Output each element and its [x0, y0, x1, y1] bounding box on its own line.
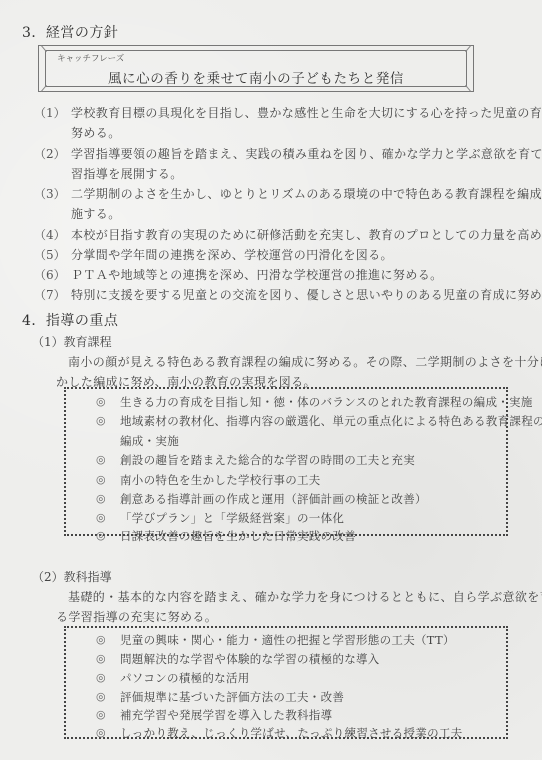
- curriculum-bullet: 編成・実施: [120, 433, 179, 449]
- policy-text: 学校教育目標の具現化を目指し、豊かな感性と生命を大切にする心を持った児童の育成に: [71, 104, 542, 121]
- policy-text: 本校が目指す教育の実現のために研修活動を充実し、教育のプロとしての力量を高める。: [71, 226, 542, 243]
- double-circle-icon: ◎: [96, 395, 106, 408]
- subject-guidance-bullet: パソコンの積極的な活用: [120, 670, 250, 686]
- curriculum-bullet: 「学びプラン」と「学級経営案」の一体化: [120, 510, 344, 526]
- double-circle-icon: ◎: [96, 492, 106, 505]
- double-circle-icon: ◎: [96, 690, 106, 703]
- curriculum-bullet: 創意ある指導計画の作成と運用（評価計画の検証と改善）: [120, 491, 427, 507]
- catchphrase-text: 風に心の香りを乗せて南小の子どもたちと発信: [39, 67, 473, 87]
- policy-number: （7）: [34, 286, 66, 303]
- bevel-corner: [465, 45, 471, 52]
- double-circle-icon: ◎: [96, 708, 106, 721]
- subject-guidance-intro: る学習指導の充実に努める。: [56, 608, 217, 625]
- policy-text: 二学期制のよさを生かし、ゆとりとリズムのある環境の中で特色ある教育課程を編成し実: [71, 185, 542, 202]
- policy-number: （3）: [34, 185, 66, 202]
- double-circle-icon: ◎: [96, 414, 106, 427]
- policy-text: 習指導を展開する。: [71, 165, 183, 182]
- subject-guidance-bullet: 児童の興味・関心・能力・適性の把握と学習形態の工夫（TT）: [120, 632, 455, 648]
- curriculum-bullet: 地域素材の教材化、指導内容の厳選化、単元の重点化による特色ある教育課程の: [120, 413, 542, 429]
- policy-text: 学習指導要領の趣旨を踏まえ、実践の積み重ねを図り、確かな学力と学ぶ意欲を育てる学: [71, 145, 542, 162]
- policy-text: 努める。: [71, 124, 121, 141]
- bevel-corner: [41, 45, 47, 52]
- double-circle-icon: ◎: [96, 671, 106, 684]
- subject-guidance-bullet: 評価規準に基づいた評価方法の工夫・改善: [120, 689, 344, 705]
- policy-text: 特別に支援を要する児童との交流を図り、優しさと思いやりのある児童の育成に努める。: [71, 286, 542, 303]
- double-circle-icon: ◎: [96, 652, 106, 665]
- policy-text: 施する。: [71, 205, 121, 222]
- policy-number: （4）: [34, 226, 66, 243]
- subsection-subject-guidance-title: （2）教科指導: [32, 568, 112, 585]
- double-circle-icon: ◎: [96, 633, 106, 646]
- policy-text: 分掌間や学年間の連携を深め、学校運営の円滑化を図る。: [71, 246, 393, 263]
- double-circle-icon: ◎: [96, 473, 106, 486]
- double-circle-icon: ◎: [96, 453, 106, 466]
- double-circle-icon: ◎: [96, 529, 106, 542]
- policy-number: （1）: [34, 104, 66, 121]
- subject-guidance-bullet: しっかり教え、じっくり学ばせ、たっぷり練習させる授業の工夫: [120, 725, 463, 741]
- curriculum-bullet: 生きる力の育成を目指し知・徳・体のバランスのとれた教育課程の編成・実施: [120, 394, 533, 410]
- section-4-title: 4．指導の重点: [22, 310, 118, 330]
- double-circle-icon: ◎: [96, 726, 106, 739]
- curriculum-bullet: 創設の趣旨を踏まえた総合的な学習の時間の工夫と充実: [120, 452, 415, 468]
- subject-guidance-bullet: 問題解決的な学習や体験的な学習の積極的な導入: [120, 651, 380, 667]
- policy-number: （2）: [34, 145, 66, 162]
- catchphrase-label: キャッチフレーズ: [57, 52, 124, 64]
- subject-guidance-bullets-box: ◎ 児童の興味・関心・能力・適性の把握と学習形態の工夫（TT） ◎ 問題解決的な…: [64, 626, 508, 739]
- subsection-curriculum-title: （1）教育課程: [32, 333, 112, 350]
- double-circle-icon: ◎: [96, 511, 106, 524]
- catchphrase-box: キャッチフレーズ 風に心の香りを乗せて南小の子どもたちと発信: [38, 45, 474, 92]
- curriculum-bullets-box: ◎ 生きる力の育成を目指し知・徳・体のバランスのとれた教育課程の編成・実施 ◎ …: [64, 387, 508, 536]
- policy-text: ＰＴＡや地域等との連携を深め、円滑な学校運営の推進に努める。: [71, 266, 443, 283]
- policy-number: （6）: [34, 266, 66, 283]
- section-3-title: 3．経営の方針: [22, 22, 118, 42]
- curriculum-bullet: 南小の特色を生かした学校行事の工夫: [120, 472, 321, 488]
- subject-guidance-intro: 基礎的・基本的な内容を踏まえ、確かな学力を身につけるとともに、自ら学ぶ意欲を育て: [68, 588, 542, 605]
- curriculum-intro: 南小の顔が見える特色ある教育課程の編成に努める。その際、二学期制のよさを十分に生: [68, 353, 542, 370]
- policy-number: （5）: [34, 246, 66, 263]
- curriculum-bullet: 日課表改善の趣旨を生かした日常実践の改善: [120, 528, 356, 544]
- subject-guidance-bullet: 補充学習や発展学習を導入した教科指導: [120, 707, 332, 723]
